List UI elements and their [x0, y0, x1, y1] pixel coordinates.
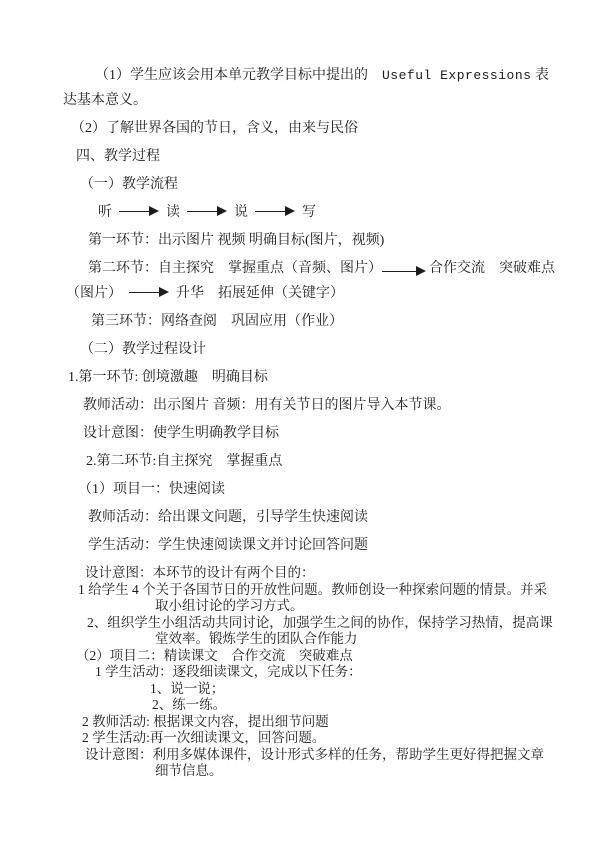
text-run: 2 学生活动:再一次细读课文，回答问题。 [82, 730, 325, 745]
text-run: 读 [166, 205, 180, 220]
paragraph-6: 第一环节：出示图片 视频 明确目标(图片，视频) [63, 228, 555, 253]
text-run: 四、教学过程 [76, 149, 160, 164]
paragraph-15: 教师活动：给出课文问题，引导学生快速阅读 [63, 505, 555, 530]
paragraph-14: （1）项目一：快速阅读 [63, 477, 555, 502]
paragraph-7: 第二环节：自主探究 掌握重点（音频、图片）合作交流 突破难点（图片）升华 拓展延… [63, 256, 555, 306]
paragraph-21: 1 学生活动：逐段细读课文，完成以下任务： [63, 664, 555, 681]
right-arrow-icon [187, 206, 227, 217]
paragraph-25: 2 学生活动:再一次细读课文，回答问题。 [63, 730, 555, 747]
text-run: 说 [234, 205, 248, 220]
english-phrase: Useful Expressions [382, 68, 531, 83]
right-arrow-icon [119, 206, 159, 217]
text-run: 教师活动：出示图片 音频：用有关节日的图片导入本节课。 [83, 398, 451, 413]
text-run: 第一环节：出示图片 视频 明确目标(图片，视频) [88, 233, 384, 248]
paragraph-5: 听读说写 [63, 200, 555, 225]
text-run: 学生活动：学生快速阅读课文并讨论回答问题 [88, 538, 368, 553]
paragraph-26: 设计意图：利用多媒体课件，设计形式多样的任务，帮助学生更好得把握文章细节信息。 [63, 747, 555, 780]
text-run: 设计意图：本环节的设计有两个目的： [85, 565, 315, 580]
paragraph-24: 2 教师活动: 根据课文内容，提出细节问题 [63, 714, 555, 731]
paragraph-2: （2）了解世界各国的节日，含义，由来与民俗 [63, 116, 555, 141]
text-run: 听 [98, 205, 112, 220]
text-run: 教师活动：给出课文问题，引导学生快速阅读 [88, 510, 368, 525]
paragraph-3: 四、教学过程 [63, 144, 555, 169]
text-run: 1、说一说； [150, 681, 224, 696]
text-run: 1 学生活动：逐段细读课文，完成以下任务： [95, 664, 362, 679]
paragraph-18: 1 给学生 4 个关于各国节日的开放性问题。教师创设一种探索问题的情景。并采取小… [63, 582, 555, 615]
paragraph-1: （1）学生应该会用本单元教学目标中提出的 Useful Expressions … [63, 63, 555, 113]
text-run: 写 [302, 205, 316, 220]
paragraph-4: （一）教学流程 [63, 172, 555, 197]
text-run: （2）了解世界各国的节日，含义，由来与民俗 [71, 121, 358, 136]
text-run: （1）项目一：快速阅读 [78, 482, 225, 497]
document-page: （1）学生应该会用本单元教学目标中提出的 Useful Expressions … [0, 0, 595, 842]
text-run: （一）教学流程 [80, 177, 178, 192]
text-run: （1）学生应该会用本单元教学目标中提出的 [95, 68, 382, 83]
paragraph-22: 1、说一说； [63, 681, 555, 698]
text-run: 升华 拓展延伸（关键字） [176, 286, 344, 301]
paragraph-12: 设计意图：使学生明确教学目标 [63, 421, 555, 446]
paragraph-17: 设计意图：本环节的设计有两个目的： [63, 565, 555, 582]
text-run: 设计意图：使学生明确教学目标 [83, 426, 279, 441]
text-run: 2 教师活动: 根据课文内容，提出细节问题 [82, 714, 329, 729]
text-run: 2.第二环节:自主探究 掌握重点 [86, 454, 282, 469]
right-arrow-icon [255, 206, 295, 217]
text-run: 2、组织学生小组活动共同讨论，加强学生之间的协作，保持学习热情，提高课堂效率。锻… [87, 615, 553, 647]
paragraph-8: 第三环节：网络查阅 巩固应用（作业） [63, 309, 555, 334]
text-run: 1 给学生 4 个关于各国节日的开放性问题。教师创设一种探索问题的情景。并采取小… [78, 582, 547, 614]
right-arrow-icon [129, 287, 169, 298]
text-run: 设计意图：利用多媒体课件，设计形式多样的任务，帮助学生更好得把握文章细节信息。 [85, 747, 544, 779]
paragraph-9: （二）教学过程设计 [63, 337, 555, 362]
text-run: 2、练一练。 [152, 697, 226, 712]
text-run: （2）项目二：精读课文 合作交流 突破难点 [76, 648, 353, 663]
paragraph-20: （2）项目二：精读课文 合作交流 突破难点 [63, 648, 555, 665]
paragraph-13: 2.第二环节:自主探究 掌握重点 [63, 449, 555, 474]
paragraph-10: 1.第一环节: 创境激趣 明确目标 [63, 365, 555, 390]
paragraph-23: 2、练一练。 [63, 697, 555, 714]
paragraph-11: 教师活动：出示图片 音频：用有关节日的图片导入本节课。 [63, 393, 555, 418]
right-arrow-icon [382, 266, 426, 277]
text-run: （二）教学过程设计 [80, 342, 206, 357]
paragraph-19: 2、组织学生小组活动共同讨论，加强学生之间的协作，保持学习热情，提高课堂效率。锻… [63, 615, 555, 648]
text-run: 第三环节：网络查阅 巩固应用（作业） [91, 314, 343, 329]
document-content: （1）学生应该会用本单元教学目标中提出的 Useful Expressions … [0, 0, 595, 780]
text-run: 1.第一环节: 创境激趣 明确目标 [68, 370, 268, 385]
paragraph-16: 学生活动：学生快速阅读课文并讨论回答问题 [63, 533, 555, 558]
text-run: 第二环节：自主探究 掌握重点（音频、图片） [88, 261, 382, 276]
